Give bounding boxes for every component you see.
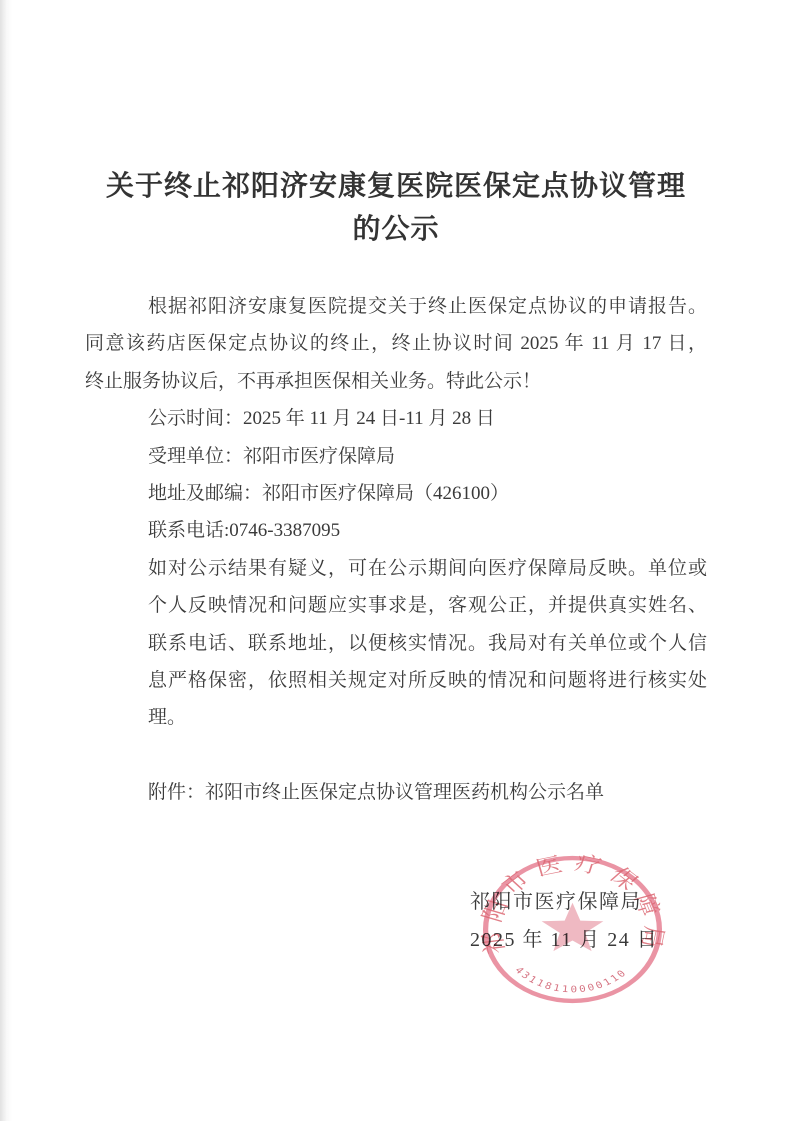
contact-phone-line: 联系电话:0746-3387095 [148, 512, 707, 549]
paragraph2-line1: 如对公示结果有疑义，可在公示期间向医疗保障局反映。单位或 [148, 550, 707, 587]
paragraph2-line4: 息严格保密，依照相关规定对所反映的情况和问题将进行核实处 [148, 662, 707, 699]
paragraph2-line2: 个人反映情况和问题应实事求是，客观公正，并提供真实姓名、 [148, 587, 707, 624]
attachment-line: 附件：祁阳市终止医保定点协议管理医药机构公示名单 [148, 774, 707, 811]
address-postcode-line: 地址及邮编：祁阳市医疗保障局（426100） [148, 475, 707, 512]
seal-star-icon [542, 903, 604, 951]
accepting-unit-line: 受理单位：祁阳市医疗保障局 [148, 438, 707, 475]
paragraph1-line2: 同意该药店医保定点协议的终止，终止协议时间 2025 年 11 月 17 日， [85, 325, 707, 362]
paragraph1-line3: 终止服务协议后，不再承担医保相关业务。特此公示！ [85, 363, 707, 400]
document-page: 关于终止祁阳济安康复医院医保定点协议管理 的公示 根据祁阳济安康复医院提交关于终… [0, 0, 793, 1121]
publicity-time-line: 公示时间：2025 年 11 月 24 日-11 月 28 日 [148, 400, 707, 437]
title-line-1: 关于终止祁阳济安康复医院医保定点协议管理 [85, 164, 707, 207]
document-body: 根据祁阳济安康复医院提交关于终止医保定点协议的申请报告。 同意该药店医保定点协议… [85, 288, 707, 811]
title-line-2: 的公示 [85, 207, 707, 250]
official-seal: 祁阳市医疗保障局 43118110000110 [477, 851, 668, 1008]
paragraph1-line1: 根据祁阳济安康复医院提交关于终止医保定点协议的申请报告。 [85, 288, 707, 325]
official-seal-graphic: 祁阳市医疗保障局 43118110000110 [477, 851, 668, 1008]
paragraph2-line5: 理。 [148, 699, 707, 736]
paragraph2-line3: 联系电话、联系地址，以便核实情况。我局对有关单位或个人信 [148, 625, 707, 662]
scan-edge-shadow [0, 0, 12, 1121]
document-title: 关于终止祁阳济安康复医院医保定点协议管理 的公示 [85, 164, 707, 250]
